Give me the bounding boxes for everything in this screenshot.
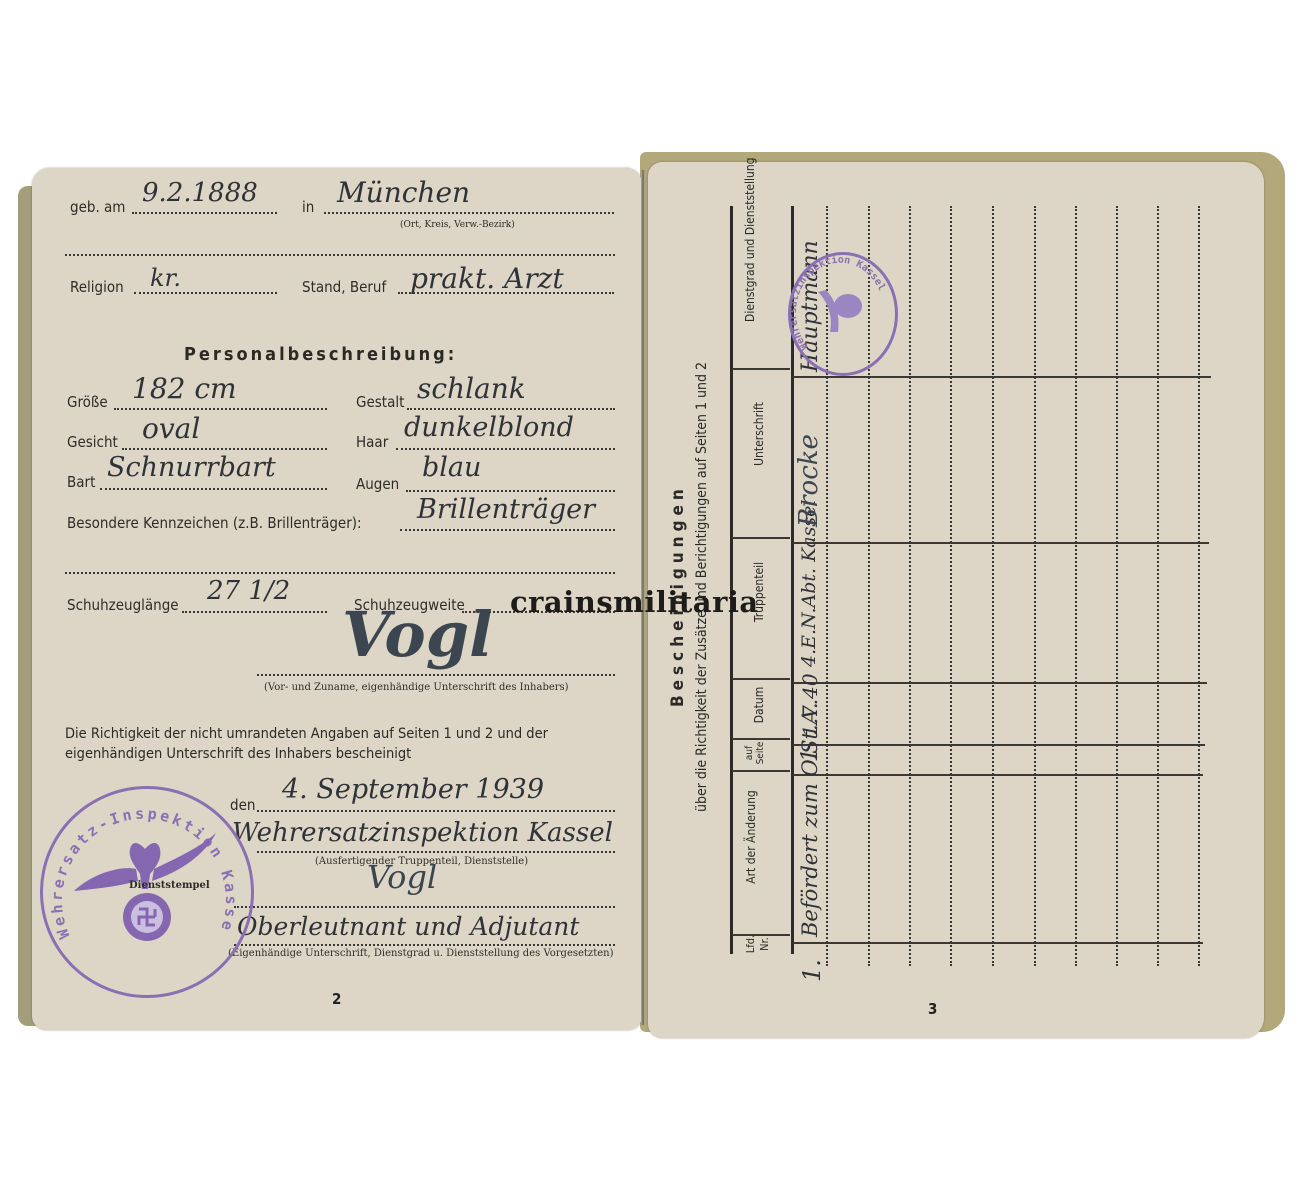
eyes-line	[406, 490, 615, 492]
grid-dots	[950, 206, 952, 966]
col-art: Art der Änderung	[744, 767, 758, 907]
beard-line	[100, 488, 327, 490]
marks-value: Brillenträger	[417, 494, 595, 525]
row-1-art: Befördert zum O.St.A.	[798, 702, 822, 937]
section-heading: Personalbeschreibung:	[184, 344, 457, 365]
superior-signature-line	[234, 906, 615, 908]
grid-line	[793, 542, 1209, 544]
grid-dots	[1157, 206, 1159, 966]
height-value: 182 cm	[132, 372, 237, 405]
superior-rank: Oberleutnant und Adjutant	[237, 912, 579, 941]
shoe-length-value: 27 1/2	[207, 576, 290, 606]
grid-dots	[1198, 206, 1200, 966]
col-nr: Lfd. Nr.	[744, 934, 772, 954]
build-value: schlank	[417, 372, 526, 405]
grid-dots	[1116, 206, 1118, 966]
beard-value: Schnurrbart	[107, 452, 276, 483]
official-stamp-right: Wehrersatzinspektion Kassel	[788, 252, 898, 376]
in-value: München	[337, 176, 470, 209]
official-stamp-left: Wehrersatz-Inspektion Kassel Dienststemp…	[40, 786, 254, 998]
header-sep	[732, 770, 790, 772]
grid-dots	[992, 206, 994, 966]
hair-label: Haar	[356, 433, 388, 451]
page-number-3: 3	[928, 1000, 937, 1018]
religion-value: kr.	[150, 264, 181, 292]
col-datum: Datum	[752, 678, 766, 732]
date-value: 4. September 1939	[282, 774, 544, 805]
col-unterschrift: Unterschrift	[752, 374, 766, 494]
place-line	[324, 212, 614, 214]
build-line	[407, 408, 615, 410]
row-1-nr: 1.	[798, 959, 826, 982]
born-line	[132, 212, 277, 214]
col-seite: auf Seite	[744, 738, 766, 768]
hair-line	[396, 448, 615, 450]
shoe-length-label: Schuhzeuglänge	[67, 596, 179, 614]
row-1-seite: 1	[798, 748, 823, 762]
place-hint: (Ort, Kreis, Verw.-Bezirk)	[400, 220, 515, 230]
marks-line	[400, 529, 615, 531]
superior-rank-line	[234, 944, 615, 946]
superior-signature: Vogl	[367, 858, 437, 896]
grid-line	[793, 942, 1203, 944]
religion-line	[134, 292, 277, 294]
religion-label: Religion	[70, 278, 124, 296]
holder-signature-hint: (Vor- und Zuname, eigenhändige Unterschr…	[264, 682, 569, 693]
shoe-length-line	[182, 611, 327, 613]
grid-dots	[909, 206, 911, 966]
place-line-2	[65, 254, 615, 256]
superior-hint: (Eigenhändige Unterschrift, Dienstgrad u…	[228, 948, 613, 959]
occupation-label: Stand, Beruf	[302, 278, 386, 296]
page-number-2: 2	[332, 990, 341, 1008]
col-dienstgrad: Dienstgrad und Dienststellung	[743, 212, 757, 322]
header-sep	[732, 368, 790, 370]
hair-value: dunkelblond	[404, 412, 574, 443]
certification-text: Die Richtigkeit der nicht umrandeten Ang…	[65, 724, 625, 764]
stamp-center-text: Dienststempel	[129, 880, 210, 891]
stamp-ring-text-icon: Wehrersatzinspektion Kassel	[788, 252, 892, 370]
grid-line	[793, 682, 1207, 684]
height-line	[114, 408, 327, 410]
born-value: 9.2.1888	[142, 178, 258, 208]
issuing-unit-line	[257, 851, 615, 853]
marks-label: Besondere Kennzeichen (z.B. Brillenträge…	[67, 514, 362, 532]
grid-line	[793, 376, 1211, 378]
date-line	[257, 810, 615, 812]
grid-line	[793, 774, 1203, 776]
eyes-label: Augen	[356, 475, 399, 493]
face-label: Gesicht	[67, 433, 118, 451]
eyes-value: blau	[422, 452, 481, 483]
table-border-left	[730, 206, 733, 954]
issuing-unit: Wehrersatzinspektion Kassel	[232, 818, 613, 848]
marks-line-2	[65, 572, 615, 574]
occupation-value: prakt. Arzt	[410, 262, 564, 295]
holder-signature-line	[257, 674, 615, 676]
holder-signature: Vogl	[342, 598, 493, 671]
beard-label: Bart	[67, 473, 95, 491]
grid-dots	[1034, 206, 1036, 966]
row-1-unterschrift: Brocke	[794, 434, 824, 527]
grid-dots	[1075, 206, 1077, 966]
build-label: Gestalt	[356, 393, 404, 411]
face-value: oval	[142, 412, 200, 445]
face-line	[122, 448, 327, 450]
in-label: in	[302, 198, 314, 216]
grid-line	[793, 744, 1205, 746]
row-1-datum: 1.7.40	[798, 673, 822, 737]
born-label: geb. am	[70, 198, 125, 216]
height-label: Größe	[67, 393, 108, 411]
watermark: crainsmilitaria	[510, 585, 759, 619]
